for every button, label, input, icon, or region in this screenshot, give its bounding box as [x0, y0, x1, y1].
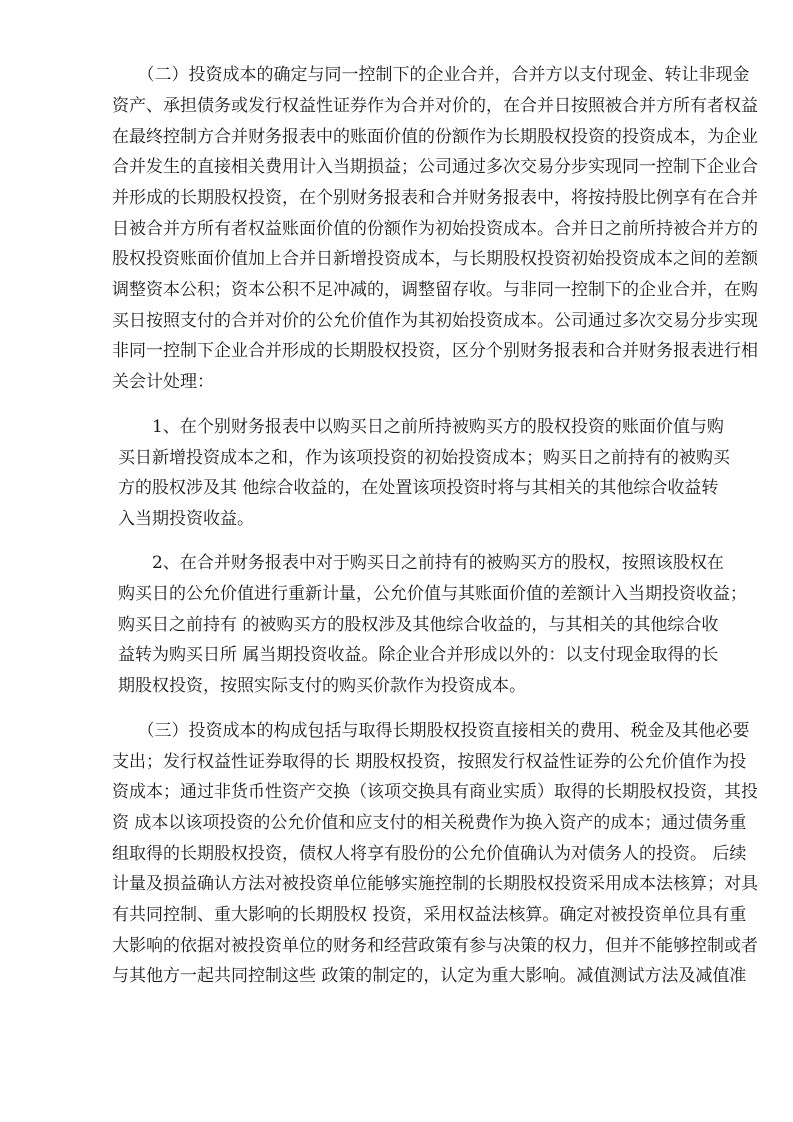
text-line: 购买日之前持有 的被购买方的股权涉及其他综合收益的，与其相关的其他综合收 [118, 613, 698, 637]
text-line: 股权投资账面价值加上合并日新增投资成本，与长期股权投资初始投资成本之间的差额 [112, 247, 698, 271]
text-line: 资成本；通过非货币性资产交换（该项交换具有商业实质）取得的长期股权投资，其投 [112, 780, 698, 804]
text-line: 资 成本以该项投资的公允价值和应支付的相关税费作为换入资产的成本；通过债务重 [112, 811, 698, 835]
text-line: 有共同控制、重大影响的长期股权 投资，采用权益法核算。确定对被投资单位具有重 [112, 903, 698, 927]
text-line: 与其他方一起共同控制这些 政策的制定的，认定为重大影响。减值测试方法及减值准 [112, 964, 698, 988]
text-line: （二）投资成本的确定与同一控制下的企业合并，合并方以支付现金、转让非现金 [112, 63, 698, 87]
text-line: 买日按照支付的合并对价的公允价值作为其初始投资成本。公司通过多次交易分步实现 [112, 309, 698, 333]
text-line: 资产、承担债务或发行权益性证券作为合并对价的，在合并日按照被合并方所有者权益 [112, 94, 698, 118]
text-line: 期股权投资，按照实际支付的购买价款作为投资成本。 [118, 674, 698, 698]
text-line: 计量及损益确认方法对被投资单位能够实施控制的长期股权投资采用成本法核算；对具 [112, 872, 698, 896]
text-line: 日被合并方所有者权益账面价值的份额作为初始投资成本。合并日之前所持被合并方的 [112, 217, 698, 241]
text-line: 益转为购买日所 属当期投资收益。除企业合并形成以外的：以支付现金取得的长 [118, 643, 698, 667]
document-page: （二）投资成本的确定与同一控制下的企业合并，合并方以支付现金、转让非现金 资产、… [0, 0, 793, 1122]
text-line: 买日新增投资成本之和，作为该项投资的初始投资成本；购买日之前持有的被购买 [118, 446, 698, 470]
text-line: 2、在合并财务报表中对于购买日之前持有的被购买方的股权，按照该股权在 [118, 551, 698, 575]
text-line: （三）投资成本的构成包括与取得长期股权投资直接相关的费用、税金及其他必要 [112, 719, 698, 743]
text-line: 合并发生的直接相关费用计入当期损益；公司通过多次交易分步实现同一控制下企业合 [112, 155, 698, 179]
text-line: 大影响的依据对被投资单位的财务和经营政策有参与决策的权力，但并不能够控制或者 [112, 934, 698, 958]
text-line: 购买日的公允价值进行重新计量，公允价值与其账面价值的差额计入当期投资收益； [118, 582, 698, 606]
text-line: 在最终控制方合并财务报表中的账面价值的份额作为长期股权投资的投资成本，为企业 [112, 125, 698, 149]
text-line: 1、在个别财务报表中以购买日之前所持被购买方的股权投资的账面价值与购 [118, 415, 698, 439]
text-line: 并形成的长期股权投资，在个别财务报表和合并财务报表中，将按持股比例享有在合并 [112, 186, 698, 210]
text-line: 组取得的长期股权投资，债权人将享有股份的公允价值确认为对债务人的投资。 后续 [112, 842, 698, 866]
text-line: 支出；发行权益性证券取得的长 期股权投资，按照发行权益性证券的公允价值作为投 [112, 750, 698, 774]
text-line: 调整资本公积；资本公积不足冲减的，调整留存收。与非同一控制下的企业合并，在购 [112, 278, 698, 302]
text-line: 非同一控制下企业合并形成的长期股权投资，区分个别财务报表和合并财务报表进行相 [112, 339, 698, 363]
text-line: 方的股权涉及其 他综合收益的，在处置该项投资时将与其相关的其他综合收益转 [118, 476, 698, 500]
text-line: 关会计处理： [112, 370, 698, 394]
text-line: 入当期投资收益。 [118, 507, 698, 531]
